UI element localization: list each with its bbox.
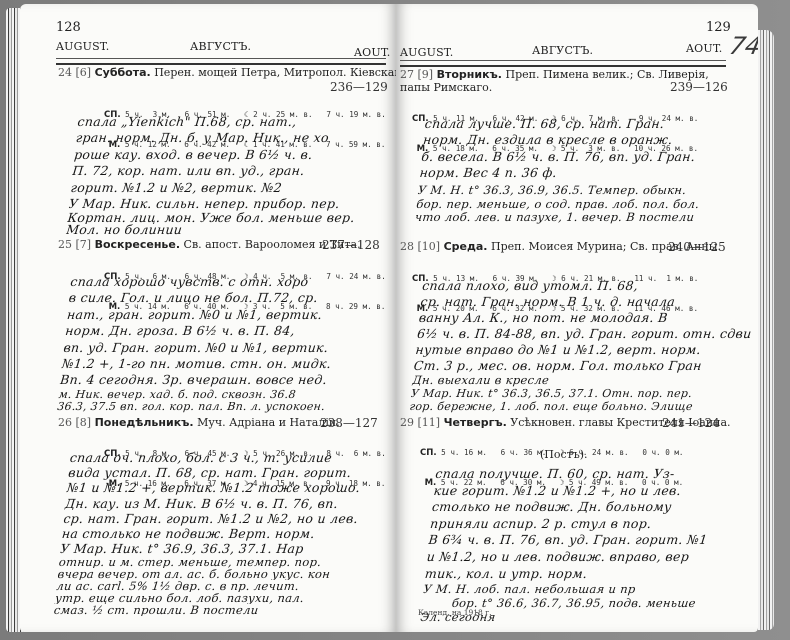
- entry-heading: 26 [8] Понедѣльникъ. Муч. Адріана и Ната…: [58, 416, 340, 429]
- month-french: AOUT.: [686, 42, 722, 55]
- handwritten-entry: спала плохо, вид утомл. П. 68, ср. нат. …: [409, 278, 757, 413]
- month-header: AUGUST. АВГУСТЪ. AOUT.: [396, 38, 758, 56]
- right-page: 129 74 AUGUST. АВГУСТЪ. AOUT. 27 [9] Вто…: [396, 4, 758, 632]
- day-codes: 237—128: [322, 238, 380, 252]
- month-latin: AUGUST.: [56, 40, 109, 53]
- handwritten-entry: спала оч. плохо, бол. с 3 ч., т. усилие …: [53, 450, 396, 616]
- entry-heading: 24 [6] Суббота. Перен. мощей Петра, Митр…: [58, 66, 396, 79]
- header-rule: [400, 60, 726, 67]
- page-number: 128: [56, 20, 81, 35]
- open-diary-book: 128 AUGUST. АВГУСТЪ. AOUT. 24 [6] Суббот…: [0, 0, 790, 640]
- printed-footer: Календ. на 1918 г.: [418, 608, 492, 617]
- month-russian: АВГУСТЪ.: [532, 44, 593, 57]
- handwritten-entry: спала лучше. П. 68, ср. нат. Гран. норм.…: [414, 116, 755, 224]
- handwritten-entry: спала получше. П. 60, ср. нат. Уз- кие г…: [420, 466, 758, 624]
- day-codes: 240—125: [668, 240, 726, 254]
- month-header: AUGUST. АВГУСТЪ. AOUT.: [20, 38, 396, 56]
- page-number: 129: [706, 20, 731, 35]
- fast-note: (Постъ).: [540, 448, 588, 461]
- entry-heading: 25 [7] Воскресенье. Св. апост. Варооломе…: [58, 238, 361, 251]
- month-russian: АВГУСТЪ.: [190, 40, 251, 53]
- header-rule: [56, 58, 386, 65]
- month-latin: AUGUST.: [400, 46, 453, 59]
- day-codes: 238—127: [320, 416, 378, 430]
- left-page: 128 AUGUST. АВГУСТЪ. AOUT. 24 [6] Суббот…: [20, 4, 396, 632]
- handwritten-entry: спала „Yienkich" П.68, ср. нат., гран. н…: [66, 114, 396, 236]
- day-codes: 239—126: [670, 80, 728, 94]
- handwritten-entry: спала хорошо чувств. с отн. хоро в силе.…: [57, 274, 396, 413]
